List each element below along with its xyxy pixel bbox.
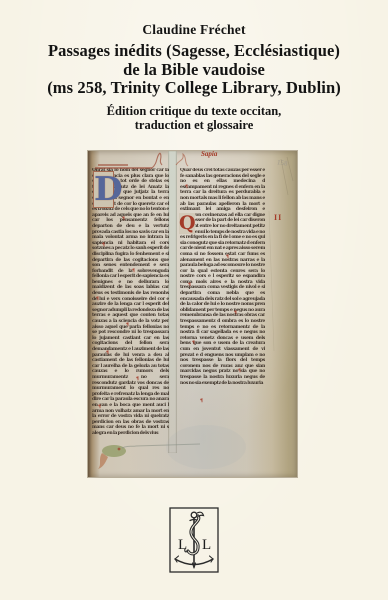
illuminated-initial-red: Q — [179, 213, 195, 234]
grotesque-eye — [118, 448, 121, 451]
rubric-mark: ¶ — [96, 297, 99, 302]
manuscript-photo: Onrat sia lo nom del segnor car la soa s… — [87, 150, 298, 478]
penwork-flourish — [152, 153, 162, 168]
rubric-mark: ¶ — [136, 377, 139, 382]
rubric-mark: ¶ — [200, 399, 203, 404]
cover-header: Claudine Fréchet Passages inédits (Sages… — [0, 0, 388, 133]
rubric-mark: ¶ — [126, 323, 129, 328]
book-cover: Claudine Fréchet Passages inédits (Sages… — [0, 0, 388, 600]
manuscript-right-column: Quar deus crei totas cauzas per esser e … — [180, 168, 265, 440]
illuminated-initial-blue: D — [93, 171, 114, 208]
book-title: Passages inédits (Sagesse, Ecclésiastiqu… — [0, 42, 388, 98]
subtitle-line-1: Édition critique du texte occitan, — [0, 104, 388, 119]
gutter-top-curl — [176, 154, 188, 166]
rubric-mark: ¶ — [106, 351, 109, 356]
publisher-logo: L L — [169, 507, 219, 573]
rubric-mark: ¶ — [238, 369, 241, 374]
manuscript-left-column: Onrat sia lo nom del segnor car la soa s… — [92, 168, 169, 442]
title-line-1: Passages inédits (Sagesse, Ecclésiastiqu… — [0, 42, 388, 61]
title-line-2: de la Bible vaudoise — [0, 61, 388, 80]
chapter-number: II — [274, 213, 282, 222]
rubric-mark: ¶ — [188, 283, 191, 288]
author-name: Claudine Fréchet — [0, 22, 388, 38]
title-line-3: (ms 258, Trinity College Library, Dublin… — [0, 79, 388, 98]
logo-letter-right: L — [202, 537, 211, 553]
rubric-mark: ¶ — [192, 341, 195, 346]
rubric-mark: ¶ — [226, 255, 229, 260]
logo-letter-left: L — [178, 537, 187, 553]
grotesque-body — [102, 445, 126, 457]
running-title: Sapia — [201, 150, 217, 158]
rubric-mark: ¶ — [234, 311, 237, 316]
rubric-mark: ¶ — [132, 269, 135, 274]
manuscript-gutter-ribbon — [168, 151, 177, 453]
folio-number: 158 — [276, 158, 288, 167]
grotesque-tail — [98, 453, 108, 469]
book-subtitle: Édition critique du texte occitan, tradu… — [0, 104, 388, 133]
column-ruling — [269, 211, 274, 351]
rubric-mark: ¶ — [98, 405, 101, 410]
rubric-mark: ¶ — [122, 217, 125, 222]
rubric-mark: ¶ — [185, 185, 188, 190]
rubric-mark: ¶ — [102, 243, 105, 248]
grotesque-lance — [122, 444, 200, 448]
subtitle-line-2: traduction et glossaire — [0, 118, 388, 133]
